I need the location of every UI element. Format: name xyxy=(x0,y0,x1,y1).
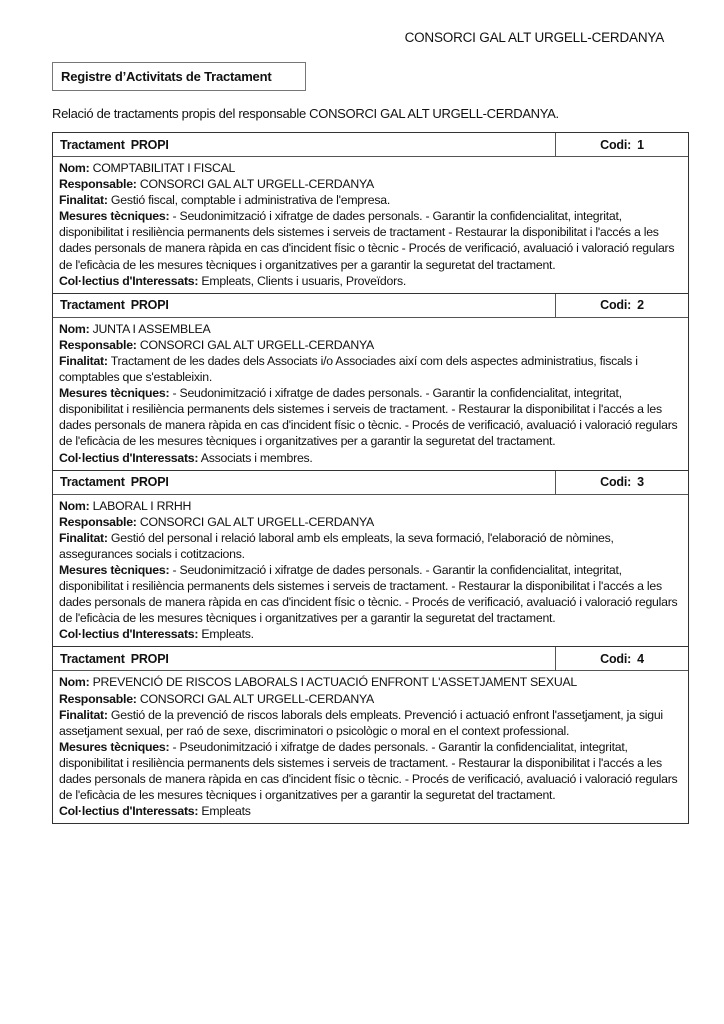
field-finalitat: Finalitat: Gestió fiscal, comptable i ad… xyxy=(59,192,683,208)
treatment-label: Tractament xyxy=(60,298,125,312)
organization-header: CONSORCI GAL ALT URGELL-CERDANYA xyxy=(405,30,664,45)
field-collectius: Col·lectius d'Interessats: Empleats, Cli… xyxy=(59,273,683,289)
field-responsable: Responsable: CONSORCI GAL ALT URGELL-CER… xyxy=(59,514,683,530)
treatment-code: Codi: 1 xyxy=(556,133,688,156)
code-value: 4 xyxy=(637,652,644,666)
treatment-type: Tractament PROPI xyxy=(53,647,556,670)
field-nom: Nom: COMPTABILITAT I FISCAL xyxy=(59,160,683,176)
field-responsable: Responsable: CONSORCI GAL ALT URGELL-CER… xyxy=(59,691,683,707)
field-collectius: Col·lectius d'Interessats: Associats i m… xyxy=(59,450,683,466)
treatment-type-value: PROPI xyxy=(131,298,169,312)
treatment-type: Tractament PROPI xyxy=(53,133,556,156)
treatment-type-value: PROPI xyxy=(131,138,169,152)
treatment-entry: Tractament PROPI Codi: 4 Nom: PREVENCIÓ … xyxy=(52,646,689,824)
field-finalitat: Finalitat: Gestió del personal i relació… xyxy=(59,530,683,562)
field-collectius: Col·lectius d'Interessats: Empleats. xyxy=(59,626,683,642)
treatment-entry: Tractament PROPI Codi: 1 Nom: COMPTABILI… xyxy=(52,132,689,293)
field-finalitat: Finalitat: Tractament de les dades dels … xyxy=(59,353,683,385)
treatment-header: Tractament PROPI Codi: 2 xyxy=(53,294,688,318)
treatment-list: Tractament PROPI Codi: 1 Nom: COMPTABILI… xyxy=(52,132,689,824)
code-label: Codi: xyxy=(600,475,631,489)
code-label: Codi: xyxy=(600,138,631,152)
code-label: Codi: xyxy=(600,298,631,312)
treatment-entry: Tractament PROPI Codi: 2 Nom: JUNTA I AS… xyxy=(52,293,689,470)
code-value: 3 xyxy=(637,475,644,489)
field-mesures: Mesures tècniques: - Seudonimització i x… xyxy=(59,208,683,272)
treatment-entry: Tractament PROPI Codi: 3 Nom: LABORAL I … xyxy=(52,470,689,647)
treatment-label: Tractament xyxy=(60,652,125,666)
treatment-header: Tractament PROPI Codi: 3 xyxy=(53,471,688,495)
treatment-details: Nom: JUNTA I ASSEMBLEA Responsable: CONS… xyxy=(53,318,688,470)
field-responsable: Responsable: CONSORCI GAL ALT URGELL-CER… xyxy=(59,337,683,353)
field-nom: Nom: PREVENCIÓ DE RISCOS LABORALS I ACTU… xyxy=(59,674,683,690)
field-mesures: Mesures tècniques: - Seudonimització i x… xyxy=(59,385,683,449)
treatment-code: Codi: 4 xyxy=(556,647,688,670)
treatment-details: Nom: COMPTABILITAT I FISCAL Responsable:… xyxy=(53,157,688,293)
treatment-type: Tractament PROPI xyxy=(53,294,556,317)
document-title: Registre d’Activitats de Tractament xyxy=(52,62,306,91)
field-nom: Nom: JUNTA I ASSEMBLEA xyxy=(59,321,683,337)
treatment-type-value: PROPI xyxy=(131,652,169,666)
treatment-type: Tractament PROPI xyxy=(53,471,556,494)
field-responsable: Responsable: CONSORCI GAL ALT URGELL-CER… xyxy=(59,176,683,192)
treatment-label: Tractament xyxy=(60,475,125,489)
treatment-type-value: PROPI xyxy=(131,475,169,489)
field-collectius: Col·lectius d'Interessats: Empleats xyxy=(59,803,683,819)
code-value: 1 xyxy=(637,138,644,152)
treatment-code: Codi: 2 xyxy=(556,294,688,317)
field-nom: Nom: LABORAL I RRHH xyxy=(59,498,683,514)
treatment-header: Tractament PROPI Codi: 1 xyxy=(53,133,688,157)
treatment-label: Tractament xyxy=(60,138,125,152)
code-value: 2 xyxy=(637,298,644,312)
treatment-header: Tractament PROPI Codi: 4 xyxy=(53,647,688,671)
field-mesures: Mesures tècniques: - Seudonimització i x… xyxy=(59,562,683,626)
treatment-details: Nom: PREVENCIÓ DE RISCOS LABORALS I ACTU… xyxy=(53,671,688,823)
field-finalitat: Finalitat: Gestió de la prevenció de ris… xyxy=(59,707,683,739)
treatment-code: Codi: 3 xyxy=(556,471,688,494)
treatment-details: Nom: LABORAL I RRHH Responsable: CONSORC… xyxy=(53,495,688,647)
code-label: Codi: xyxy=(600,652,631,666)
field-mesures: Mesures tècniques: - Pseudonimització i … xyxy=(59,739,683,803)
intro-text: Relació de tractaments propis del respon… xyxy=(52,106,559,121)
